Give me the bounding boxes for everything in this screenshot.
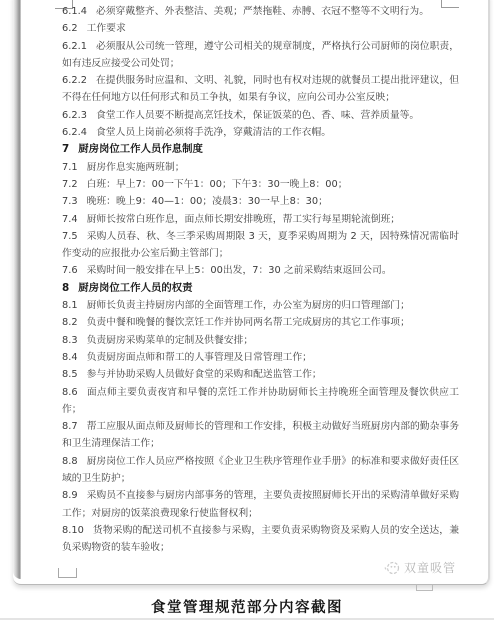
item-text: 晚班：晚上9：40—1：00；凌晨3：30一早上8：30； xyxy=(87,196,328,207)
item-number: 6.2.1 xyxy=(62,41,87,52)
regulation-item: 8.9采购员不直接参与厨房内部事务的管理，主要负责按照厨师长开出的采购清单做好采… xyxy=(62,487,459,522)
regulation-item: 6.2.3食堂工作人员要不断提高烹饪技术，保证饭菜的色、香、味、营养质量等。 xyxy=(62,107,459,124)
item-text: 负责中餐和晚餐的餐饮烹饪工作并协同两名帮工完成厨房的其它工作事项； xyxy=(87,317,410,328)
document-page: 6.1.4必须穿戴整齐、外表整洁、美观；严禁拖鞋、赤膊、衣冠不整等不文明行为。6… xyxy=(13,0,490,585)
item-text: 采购时间一般安排在早上5：00出发，7：30 之前采购结束返回公司。 xyxy=(87,265,392,276)
image-caption: 食堂管理规范部分内容截图 xyxy=(0,596,494,617)
item-number: 7.6 xyxy=(62,265,78,276)
item-text: 厨房岗位工作人员的权责 xyxy=(78,282,192,294)
item-number: 8 xyxy=(62,282,69,294)
item-number: 7 xyxy=(62,143,69,155)
item-text: 帮工应服从面点师及厨师长的管理和工作安排，积极主动做好当班厨房内部的勤杂事务和卫… xyxy=(62,421,459,449)
item-text: 必须穿戴整齐、外表整洁、美观；严禁拖鞋、赤膊、衣冠不整等不文明行为。 xyxy=(96,6,429,17)
item-number: 8.3 xyxy=(62,335,78,346)
item-text: 采购员不直接参与厨房内部事务的管理，主要负责按照厨师长开出的采购清单做好采购工作… xyxy=(62,490,459,518)
item-number: 6.2.4 xyxy=(62,127,87,138)
crop-mark-bottom-center xyxy=(416,584,433,591)
item-text: 面点师主要负责夜宵和早餐的烹饪工作并协助厨师长主持晚班全面管理及餐饮供应工作； xyxy=(62,387,459,415)
item-text: 在提供服务时应温和、文明、礼貌，同时也有权对违规的就餐员工提出批评建议，但不得在… xyxy=(62,75,459,103)
bottom-divider xyxy=(0,618,494,620)
regulation-item: 6.1.4必须穿戴整齐、外表整洁、美观；严禁拖鞋、赤膊、衣冠不整等不文明行为。 xyxy=(62,3,459,20)
regulation-item: 8.2负责中餐和晚餐的餐饮烹饪工作并协同两名帮工完成厨房的其它工作事项； xyxy=(62,314,459,331)
item-text: 厨房岗位工作人员应严格按照《企业卫生秩序管理作业手册》的标准和要求做好责任区域的… xyxy=(62,456,459,484)
regulation-item: 6.2.1必须服从公司统一管理，遵守公司相关的规章制度，严格执行公司厨师的岗位职… xyxy=(62,38,459,73)
regulation-item: 7.2白班：早上7：00一下午1：00；下午3：30一晚上8：00； xyxy=(62,176,459,193)
item-text: 厨房作息实施两班制； xyxy=(87,162,185,173)
regulation-item: 6.2工作要求 xyxy=(62,20,459,37)
regulation-item: 8.8厨房岗位工作人员应严格按照《企业卫生秩序管理作业手册》的标准和要求做好责任… xyxy=(62,453,459,488)
item-number: 6.2 xyxy=(62,23,78,34)
item-text: 工作要求 xyxy=(87,23,126,34)
item-text: 采购人员春、秋、冬三季采购周期限 3 天，夏季采购周期为 2 天，因特殊情况需临… xyxy=(62,231,459,259)
regulation-item: 7.3晚班：晚上9：40—1：00；凌晨3：30一早上8：30； xyxy=(62,193,459,210)
regulation-item: 8.5参与并协助采购人员做好食堂的采购和配送监管工作； xyxy=(62,366,459,383)
regulation-item: 8.7帮工应服从面点师及厨师长的管理和工作安排，积极主动做好当班厨房内部的勤杂事… xyxy=(62,418,459,453)
item-number: 8.10 xyxy=(62,525,84,536)
screenshot-root: 6.1.4必须穿戴整齐、外表整洁、美观；严禁拖鞋、赤膊、衣冠不整等不文明行为。6… xyxy=(0,0,494,624)
item-text: 厨房岗位工作人员作息制度 xyxy=(78,143,203,155)
item-number: 8.9 xyxy=(62,490,78,501)
page-left-edge xyxy=(13,0,21,579)
regulation-item: 8.6面点师主要负责夜宵和早餐的烹饪工作并协助厨师长主持晚班全面管理及餐饮供应工… xyxy=(62,384,459,419)
item-number: 8.1 xyxy=(62,300,78,311)
item-text: 食堂工作人员要不断提高烹饪技术，保证饭菜的色、香、味、营养质量等。 xyxy=(96,110,419,121)
item-number: 8.8 xyxy=(62,456,78,467)
item-text: 负责厨房面点师和帮工的人事管理及日常管理工作； xyxy=(87,352,312,363)
item-text: 白班：早上7：00一下午1：00；下午3：30一晚上8：00； xyxy=(87,179,348,190)
regulation-item: 7.4厨师长按常白班作息，面点师长期安排晚班，帮工实行每星期轮流倒班； xyxy=(62,211,459,228)
item-text: 参与并协助采购人员做好食堂的采购和配送监管工作； xyxy=(87,369,322,380)
item-number: 8.4 xyxy=(62,352,78,363)
item-number: 6.2.3 xyxy=(62,110,87,121)
item-text: 食堂人员上岗前必须将手洗净，穿戴清洁的工作衣帽。 xyxy=(96,127,331,138)
item-number: 8.6 xyxy=(62,387,78,398)
regulation-item: 7.6采购时间一般安排在早上5：00出发，7：30 之前采购结束返回公司。 xyxy=(62,262,459,279)
document-body: 6.1.4必须穿戴整齐、外表整洁、美观；严禁拖鞋、赤膊、衣冠不整等不文明行为。6… xyxy=(62,3,459,557)
section-heading: 8厨房岗位工作人员的权责 xyxy=(62,280,459,297)
item-number: 8.7 xyxy=(62,421,78,432)
item-number: 8.2 xyxy=(62,317,78,328)
watermark: 双童吸管 xyxy=(384,559,456,576)
regulation-item: 7.5采购人员春、秋、冬三季采购周期限 3 天，夏季采购周期为 2 天，因特殊情… xyxy=(62,228,459,263)
item-text: 必须服从公司统一管理，遵守公司相关的规章制度，严格执行公司厨师的岗位职责，如有违… xyxy=(62,41,459,69)
item-number: 7.5 xyxy=(62,231,78,242)
item-text: 货物采购的配送司机不直接参与采购，主要负责采购物资及采购人员的安全送达，兼负采购… xyxy=(62,525,459,553)
regulation-item: 8.1厨师长负责主持厨房内部的全面管理工作，办公室为厨房的归口管理部门； xyxy=(62,297,459,314)
item-text: 厨师长按常白班作息，面点师长期安排晚班，帮工实行每星期轮流倒班； xyxy=(87,214,401,225)
item-number: 6.2.2 xyxy=(62,75,87,86)
crop-mark-bottom-left xyxy=(58,568,77,578)
brand-logo-icon xyxy=(384,560,400,576)
item-number: 7.3 xyxy=(62,196,78,207)
watermark-text: 双童吸管 xyxy=(404,559,456,576)
regulation-item: 6.2.4食堂人员上岗前必须将手洗净，穿戴清洁的工作衣帽。 xyxy=(62,124,459,141)
regulation-item: 8.10货物采购的配送司机不直接参与采购，主要负责采购物资及采购人员的安全送达，… xyxy=(62,522,459,557)
regulation-item: 8.3负责厨房采购菜单的定制及供餐安排； xyxy=(62,332,459,349)
regulation-item: 6.2.2在提供服务时应温和、文明、礼貌，同时也有权对违规的就餐员工提出批评建议… xyxy=(62,72,459,107)
regulation-item: 8.4负责厨房面点师和帮工的人事管理及日常管理工作； xyxy=(62,349,459,366)
item-number: 7.1 xyxy=(62,162,78,173)
item-number: 7.4 xyxy=(62,214,78,225)
item-text: 厨师长负责主持厨房内部的全面管理工作，办公室为厨房的归口管理部门； xyxy=(87,300,410,311)
section-heading: 7厨房岗位工作人员作息制度 xyxy=(62,141,459,158)
item-text: 负责厨房采购菜单的定制及供餐安排； xyxy=(87,335,254,346)
regulation-item: 7.1厨房作息实施两班制； xyxy=(62,159,459,176)
item-number: 8.5 xyxy=(62,369,78,380)
item-number: 7.2 xyxy=(62,179,78,190)
item-number: 6.1.4 xyxy=(62,6,87,17)
